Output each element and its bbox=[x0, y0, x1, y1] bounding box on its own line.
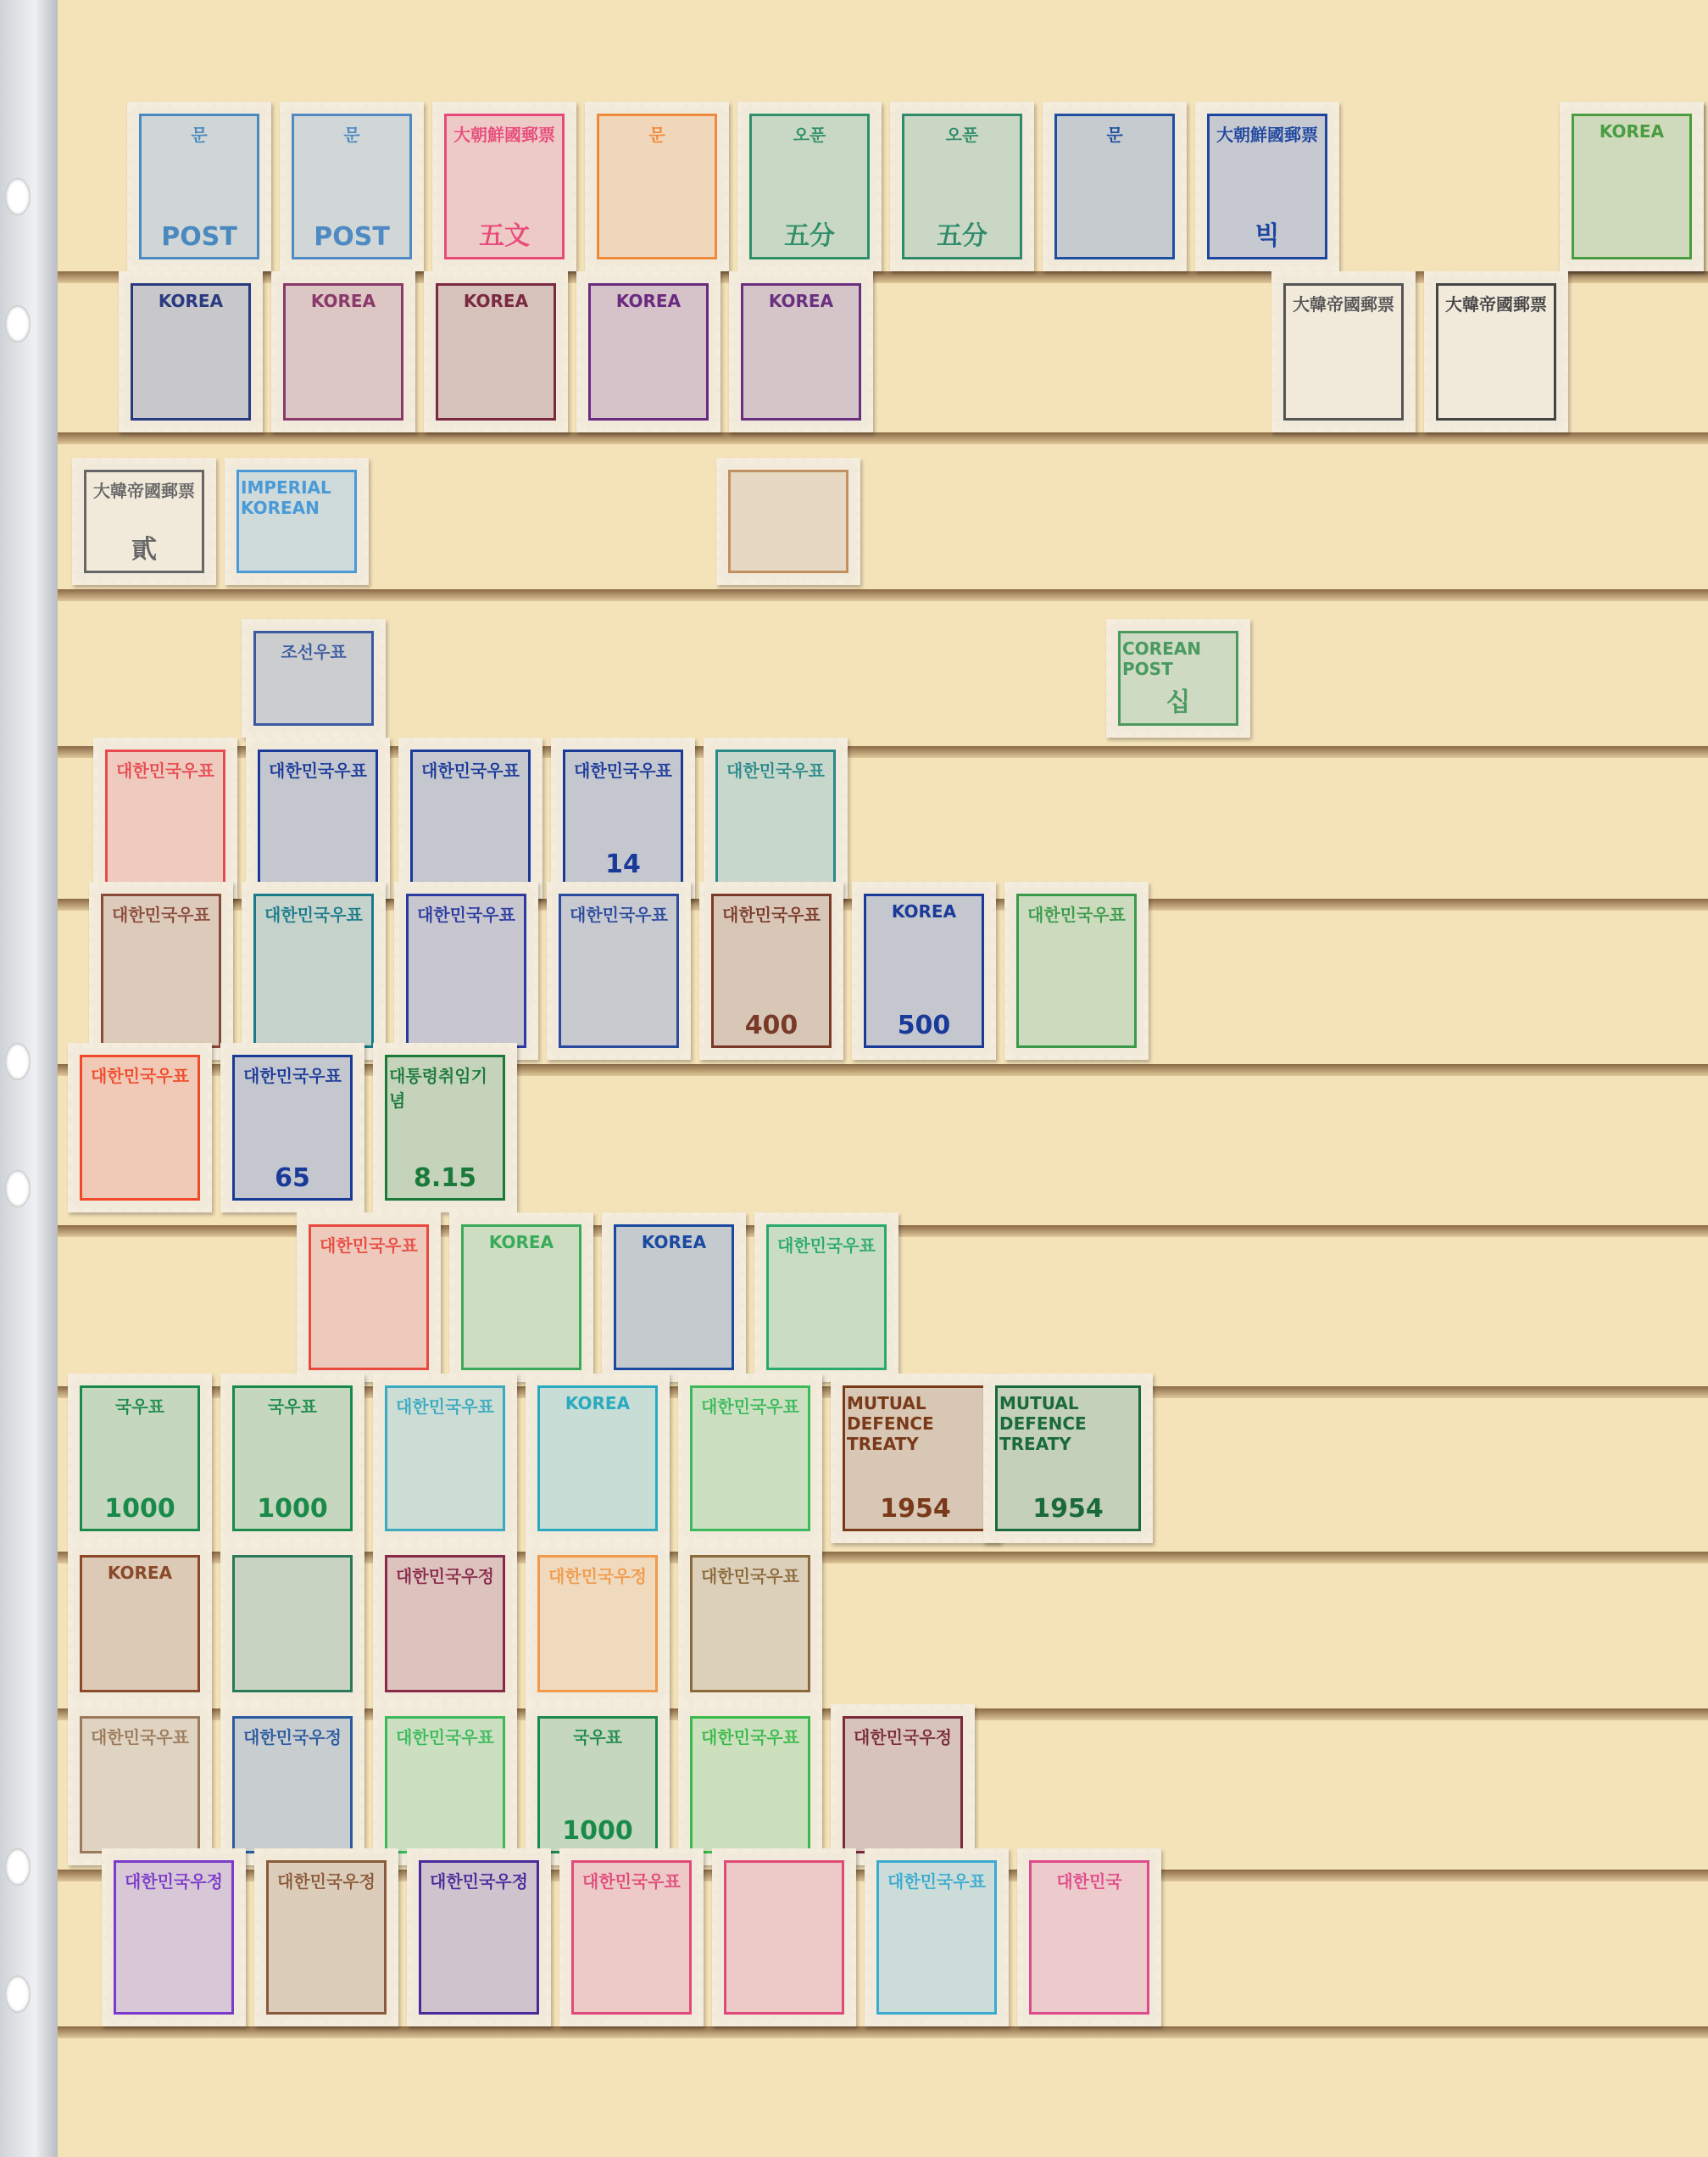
stamp-value: 1954 bbox=[880, 1494, 951, 1524]
stamp: 大韓帝國郵票 bbox=[1424, 271, 1568, 432]
stamp: 대한민국우표 bbox=[246, 738, 390, 899]
stamp-label: KOREA bbox=[311, 291, 376, 311]
stamp: 문 bbox=[585, 102, 729, 271]
stamp-label: 대한민국우표 bbox=[421, 757, 520, 782]
stamp-label: KOREA bbox=[489, 1232, 554, 1252]
stamp-label: KOREA bbox=[642, 1232, 706, 1252]
stamp: 문 bbox=[1043, 102, 1187, 271]
punch-hole bbox=[5, 1848, 31, 1886]
stamp-label: KOREA bbox=[616, 291, 681, 311]
stamp-label: MUTUAL DEFENCE TREATY bbox=[847, 1393, 984, 1454]
stamp: 대한민국우표14 bbox=[551, 738, 695, 899]
stamp: 국우표1000 bbox=[68, 1374, 212, 1543]
stamp-label: 대한민국우표 bbox=[701, 1563, 799, 1587]
stamp-value: 1000 bbox=[562, 1816, 633, 1846]
stamp-label: 대한민국우표 bbox=[582, 1868, 681, 1892]
stamp-label: 대한민국우표 bbox=[570, 901, 668, 926]
binder-strip bbox=[0, 0, 58, 2157]
stamp-label: 대한민국우표 bbox=[1027, 901, 1126, 926]
stamp: 대한민국우표 bbox=[297, 1212, 441, 1382]
stamp: KOREA bbox=[68, 1543, 212, 1704]
stamp-label: KOREA bbox=[464, 291, 528, 311]
stamp: 대한민국우표65 bbox=[220, 1043, 364, 1212]
stamp-value: 십 bbox=[1166, 681, 1191, 718]
stamp-label: 문 bbox=[191, 121, 207, 146]
stamp-label: 大韓帝國郵票 bbox=[1445, 291, 1547, 315]
stamp-value: 五分 bbox=[784, 215, 835, 252]
album-strip bbox=[58, 432, 1708, 444]
stamp: 대한민국우표 bbox=[559, 1848, 704, 2026]
stamp-label: 대한민국우정 bbox=[125, 1868, 223, 1892]
stamp-label: 조선우표 bbox=[281, 638, 346, 663]
stamp: 오푼五分 bbox=[737, 102, 882, 271]
stamp-label: 대한민국우표 bbox=[91, 1724, 189, 1748]
stamp: 대한민국우표 bbox=[394, 882, 538, 1060]
stamp: MUTUAL DEFENCE TREATY1954 bbox=[983, 1374, 1153, 1543]
stamp: 대한민국우표 bbox=[373, 1704, 517, 1865]
stamp-label: 대한민국우표 bbox=[91, 1062, 189, 1087]
stamp: 대한민국우표 bbox=[68, 1043, 212, 1212]
punch-hole bbox=[5, 1170, 31, 1207]
stamp-label: 대한민국우표 bbox=[701, 1393, 799, 1418]
album-strip bbox=[58, 589, 1708, 601]
stamp-label: 대한민국우표 bbox=[396, 1393, 494, 1418]
stamp-label: KOREA bbox=[565, 1393, 630, 1413]
stamp-value: 400 bbox=[745, 1011, 798, 1040]
stamp: KOREA500 bbox=[852, 882, 996, 1060]
stamp: 대한민국우정 bbox=[102, 1848, 246, 2026]
stamp-label: 대한민국우정 bbox=[396, 1563, 494, 1587]
stamp bbox=[716, 458, 860, 585]
stamp: KOREA bbox=[424, 271, 568, 432]
stamp-label: COREAN POST bbox=[1122, 638, 1234, 679]
stamp: 문POST bbox=[127, 102, 271, 271]
stamp-label: 대한민국우정 bbox=[277, 1868, 376, 1892]
stamp-value: POST bbox=[314, 222, 390, 252]
stamp-label: 대한민국우표 bbox=[396, 1724, 494, 1748]
stamp-label: 大朝鮮國郵票 bbox=[1216, 121, 1318, 146]
stamp-label: 大韓帝國郵票 bbox=[93, 477, 195, 502]
stamp: 大韓帝國郵票 bbox=[1271, 271, 1416, 432]
stamp-label: IMPERIAL KOREAN bbox=[241, 477, 353, 518]
stamp: MUTUAL DEFENCE TREATY1954 bbox=[831, 1374, 1000, 1543]
stamp-label: 대한민국우표 bbox=[243, 1062, 342, 1087]
stamp-label: 대한민국우표 bbox=[887, 1868, 986, 1892]
stamp-label: 대한민국우표 bbox=[320, 1232, 418, 1257]
stamp: 오푼五分 bbox=[890, 102, 1034, 271]
stamp-label: 대한민국우표 bbox=[116, 757, 214, 782]
stamp: 국우표1000 bbox=[220, 1374, 364, 1543]
stamp: 대한민국우표 bbox=[93, 738, 237, 899]
stamp: 대한민국 bbox=[1017, 1848, 1161, 2026]
stamp-label: 오푼 bbox=[946, 121, 979, 146]
punch-hole bbox=[5, 305, 31, 343]
stamp-label: 대한민국우표 bbox=[417, 901, 515, 926]
stamp: 대한민국우표400 bbox=[699, 882, 843, 1060]
stamp-label: 대한민국우표 bbox=[264, 901, 363, 926]
stamp: 대한민국우표 bbox=[1004, 882, 1149, 1060]
stamp-value: 五文 bbox=[479, 215, 530, 252]
stamp: 大韓帝國郵票貳 bbox=[72, 458, 216, 585]
stamp bbox=[712, 1848, 856, 2026]
stamp-label: 국우표 bbox=[573, 1724, 622, 1748]
punch-hole bbox=[5, 1976, 31, 2013]
stamp-value: 五分 bbox=[937, 215, 988, 252]
stamp: 대한민국우정 bbox=[373, 1543, 517, 1704]
stamp-value: 1000 bbox=[104, 1494, 175, 1524]
stamp-label: 대한민국 bbox=[1056, 1868, 1121, 1892]
stamp-label: 대통령취임기념 bbox=[389, 1062, 501, 1112]
stamp: KOREA bbox=[729, 271, 873, 432]
stamp-label: 국우표 bbox=[115, 1393, 164, 1418]
stamp: 대한민국우표 bbox=[373, 1374, 517, 1543]
stamp-label: 대한민국우정 bbox=[854, 1724, 952, 1748]
stamp: 대한민국우표 bbox=[754, 1212, 899, 1382]
stamp: KOREA bbox=[119, 271, 263, 432]
stamp-value: 1954 bbox=[1032, 1494, 1104, 1524]
stamp: COREAN POST십 bbox=[1106, 619, 1250, 738]
stamp-label: 대한민국우표 bbox=[269, 757, 367, 782]
stamp-label: 대한민국우정 bbox=[243, 1724, 342, 1748]
stamp-label: KOREA bbox=[108, 1563, 172, 1583]
stamp-value: 14 bbox=[605, 850, 641, 879]
stamp: 대한민국우정 bbox=[407, 1848, 551, 2026]
stamp-label: 대한민국우표 bbox=[701, 1724, 799, 1748]
stamp: 대한민국우정 bbox=[220, 1704, 364, 1865]
stamp: 大朝鮮國郵票五文 bbox=[432, 102, 576, 271]
stamp-value: POST bbox=[161, 222, 237, 252]
stamp-label: 대한민국우정 bbox=[430, 1868, 528, 1892]
stamp-label: KOREA bbox=[159, 291, 223, 311]
stamp: 대한민국우표 bbox=[678, 1374, 822, 1543]
stamp: KOREA bbox=[526, 1374, 670, 1543]
stamp: 대통령취임기념8.15 bbox=[373, 1043, 517, 1212]
stamp bbox=[220, 1543, 364, 1704]
stamp-label: 문 bbox=[648, 121, 665, 146]
stamp-label: 대한민국우표 bbox=[777, 1232, 876, 1257]
stamp: KOREA bbox=[1560, 102, 1704, 271]
stamp-label: 문 bbox=[343, 121, 359, 146]
stamp: 국우표1000 bbox=[526, 1704, 670, 1865]
stamp: 대한민국우표 bbox=[678, 1543, 822, 1704]
stamp-label: KOREA bbox=[769, 291, 833, 311]
stamp: 대한민국우표 bbox=[678, 1704, 822, 1865]
stamp-label: 대한민국우표 bbox=[722, 901, 821, 926]
stamp: 대한민국우표 bbox=[398, 738, 542, 899]
album-strip bbox=[58, 2026, 1708, 2038]
punch-hole bbox=[5, 1043, 31, 1080]
stamp-label: 大朝鮮國郵票 bbox=[453, 121, 555, 146]
stamp-label: 문 bbox=[1106, 121, 1122, 146]
stamp: 대한민국우표 bbox=[704, 738, 848, 899]
stamp: 대한민국우표 bbox=[865, 1848, 1009, 2026]
stamp-label: 대한민국우표 bbox=[726, 757, 825, 782]
stamp: 대한민국우표 bbox=[547, 882, 691, 1060]
stamp: 大朝鮮國郵票빅 bbox=[1195, 102, 1339, 271]
stamp-value: 500 bbox=[898, 1011, 951, 1040]
stamp-label: 오푼 bbox=[793, 121, 826, 146]
stamp: 문POST bbox=[280, 102, 424, 271]
stamp-value: 貳 bbox=[131, 528, 157, 566]
stamp: KOREA bbox=[576, 271, 720, 432]
stamp-label: 大韓帝國郵票 bbox=[1293, 291, 1394, 315]
stamp: IMPERIAL KOREAN bbox=[225, 458, 369, 585]
stamp-label: KOREA bbox=[892, 901, 956, 922]
stamp: 대한민국우표 bbox=[242, 882, 386, 1060]
stamp-value: 빅 bbox=[1255, 215, 1280, 252]
stamp: KOREA bbox=[602, 1212, 746, 1382]
stamp: 대한민국우표 bbox=[68, 1704, 212, 1865]
punch-hole bbox=[5, 178, 31, 215]
stamp-value: 8.15 bbox=[414, 1163, 476, 1193]
stamp-value: 1000 bbox=[257, 1494, 328, 1524]
stamp-label: 대한민국우표 bbox=[574, 757, 672, 782]
stamp-label: 대한민국우표 bbox=[112, 901, 210, 926]
stamp: KOREA bbox=[271, 271, 415, 432]
stamp: 대한민국우정 bbox=[254, 1848, 398, 2026]
stamp-label: MUTUAL DEFENCE TREATY bbox=[999, 1393, 1137, 1454]
stamp-label: KOREA bbox=[1600, 121, 1664, 142]
stamp-label: 국우표 bbox=[268, 1393, 317, 1418]
stamp: 조선우표 bbox=[242, 619, 386, 738]
stamp: 대한민국우정 bbox=[831, 1704, 975, 1865]
stamp-value: 65 bbox=[275, 1163, 310, 1193]
stamp-label: 대한민국우정 bbox=[548, 1563, 647, 1587]
stamp: KOREA bbox=[449, 1212, 593, 1382]
stamp: 대한민국우표 bbox=[89, 882, 233, 1060]
stamp: 대한민국우정 bbox=[526, 1543, 670, 1704]
